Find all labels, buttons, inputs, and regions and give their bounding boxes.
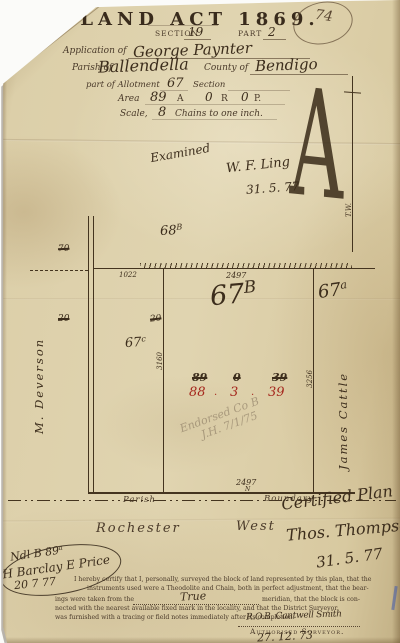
part-rule xyxy=(263,39,286,40)
certification-line3a: ings were taken from the xyxy=(55,596,134,603)
owner-west-name: M. Deverson xyxy=(32,322,46,434)
area-roods-unit: R xyxy=(221,94,228,104)
area-old-perches: 39 xyxy=(272,371,287,384)
authorised-surveyor-signature: R.O.B. Cantwell Smith xyxy=(246,609,342,622)
lot-68-sup: B xyxy=(176,222,182,231)
area-new-roods: 3 xyxy=(230,385,238,400)
plan-north-boundary xyxy=(93,268,375,269)
county-label: County of xyxy=(204,63,248,73)
title-flourish xyxy=(148,25,218,26)
lot-67c-number: 67 xyxy=(125,335,143,351)
lot-68-number: 68 xyxy=(160,223,177,239)
area-new-acres: 88 xyxy=(189,385,206,400)
lot-67c-sup: c xyxy=(141,334,146,343)
paper-edge-left xyxy=(0,0,7,643)
meridian-value: True xyxy=(180,589,207,603)
paper-edge-bottom xyxy=(0,637,400,643)
lot-67a-number: 67 xyxy=(317,279,343,303)
area-new-perches: 39 xyxy=(268,385,285,400)
area-acres-unit: A xyxy=(177,94,184,104)
certification-line1: I hereby certify that I, personally, sur… xyxy=(74,576,371,583)
area-perches: 0 xyxy=(241,90,249,104)
parish-value: Ballendella xyxy=(98,54,189,76)
plan-fence-hatching xyxy=(140,263,352,268)
plan-road-line-west-inner xyxy=(93,216,94,493)
plan-road-line-west-outer xyxy=(88,216,89,493)
binding-rivet xyxy=(19,20,38,39)
big-letter-a: A xyxy=(288,68,345,221)
lot-67b-label: 67B xyxy=(209,276,258,312)
chainage-top-left: 1022 xyxy=(119,271,137,279)
chainage-west: 3160 xyxy=(156,352,164,370)
crossed-out-number: 20 xyxy=(150,313,162,324)
crossed-out-number: 20 xyxy=(58,314,69,324)
area-old-acres: 89 xyxy=(192,371,207,384)
road-label: T.W. xyxy=(345,203,353,217)
scale-rule xyxy=(152,119,277,120)
scale-suffix: Chains to one inch. xyxy=(175,109,263,119)
application-label: Application of xyxy=(63,46,127,56)
area-acres: 89 xyxy=(150,90,167,105)
certified-plan-note: Certified Plan xyxy=(280,481,394,514)
plan-division-line-west xyxy=(163,269,164,493)
authorised-date: 27. 12. 73 xyxy=(257,629,314,643)
parish-word: Parish xyxy=(123,495,156,505)
scanned-survey-document: LAND ACT 1869. SECTION 19 PART 2 Applica… xyxy=(0,0,400,643)
pencil-endorsement: Endorsed Co B J.H. 7/1/75 xyxy=(178,395,265,448)
section-value: 19 xyxy=(188,25,203,39)
part-label: PART xyxy=(238,29,262,38)
bottom-mark: N xyxy=(245,486,250,493)
area-label: Area xyxy=(118,94,140,104)
scale-label: Scale, xyxy=(120,109,148,119)
paper-sheet: LAND ACT 1869. SECTION 19 PART 2 Applica… xyxy=(0,0,400,643)
chainage-east: 3256 xyxy=(306,370,314,388)
lot-68b-label: 68B xyxy=(160,222,183,239)
paper-edge-right xyxy=(392,0,400,643)
lot-67a-label: 67a xyxy=(317,278,349,303)
part-value: 2 xyxy=(268,25,276,39)
allotment-label: part of Allotment xyxy=(86,80,160,90)
lot-67c-label: 67c xyxy=(124,334,146,351)
owner-east-name: James Cattle xyxy=(336,328,350,470)
allotment-value: 67 xyxy=(167,76,184,91)
folio-number: 74 xyxy=(314,7,334,25)
area-old-roods: 0 xyxy=(233,371,241,384)
certification-line2: instruments used were a Theodolite and C… xyxy=(87,585,369,592)
certification-line3b: meridian, that the block is con- xyxy=(262,596,360,603)
plan-dashed-extension xyxy=(30,270,88,271)
scale-value: 8 xyxy=(158,105,166,120)
binding-rivet-shadow xyxy=(11,28,29,45)
survey-date: 31. 5. 77 xyxy=(315,544,384,571)
lot-67a-sup: a xyxy=(339,278,347,292)
area-roods: 0 xyxy=(205,90,213,104)
parish-name-rochester: Rochester xyxy=(96,521,181,536)
area-perches-unit: P. xyxy=(254,94,261,104)
allotment-suffix-label: Section xyxy=(193,80,225,90)
examined-word: Examined xyxy=(149,141,211,165)
lot-67b-number: 67 xyxy=(209,278,246,312)
plan-road-line-east xyxy=(352,76,353,252)
crossed-out-number: 70 xyxy=(58,244,70,255)
parish-name-west: West xyxy=(236,519,276,534)
area-separator: . xyxy=(214,387,217,398)
lot-67b-sup: B xyxy=(243,276,257,297)
